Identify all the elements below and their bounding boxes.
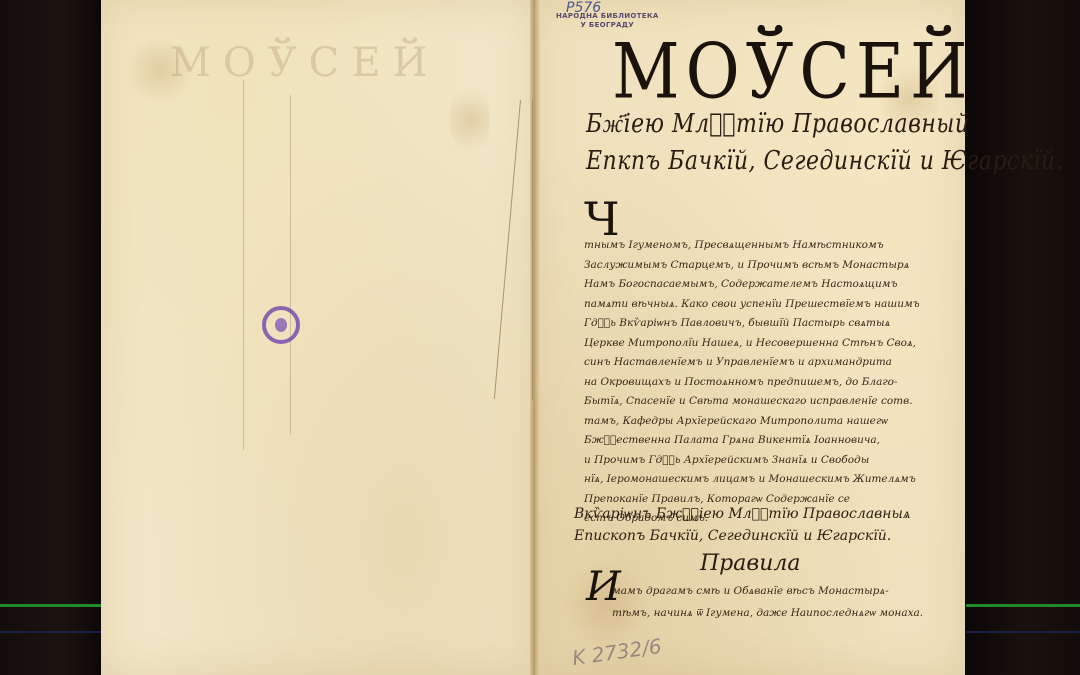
section-heading-line: Епископъ Бачкїй, Сегединскїй и Ѥгарскїй. — [574, 525, 954, 547]
calibration-line-blue — [966, 631, 1080, 633]
body-line: на Окровищахъ и Постоѧнномъ предпишемъ, … — [584, 373, 940, 393]
body-line: и Прочимъ Гдⷭ҇ь Архїерейскимъ Знанїѧ и С… — [584, 451, 940, 471]
section-heading-block: Вкѷаріѡнъ Бжⷭ҇іею Млⷭ҇тїю Православныѧ Е… — [574, 503, 954, 547]
body-line: памѧти вѣчныѧ. Како свои успенїи Прешест… — [584, 295, 940, 315]
faint-ruling-line — [290, 95, 291, 435]
body-line: тамъ, Кафедры Архїерейскаго Митрополита … — [584, 412, 940, 432]
scan-background-right — [964, 0, 1080, 675]
body-line: Бжⷭ҇ественна Палата Грѧна Викентїѧ Іоанн… — [584, 431, 940, 451]
body-line: нїѧ, Іеромонашескимъ лицамъ и Монашеским… — [584, 470, 940, 490]
body-line: Бытїѧ, Спасенїе и Свѣта монашескаго испр… — [584, 392, 940, 412]
body-line: синъ Наставленїемъ и Управленїемъ и архи… — [584, 353, 940, 373]
library-stamp-line: НАРОДНА БИБЛИОТЕКА — [556, 12, 659, 21]
manuscript-subtitle-line: Епкпъ Бачкїй, Сегединскїй и Ѥгарскїй. — [586, 146, 1063, 176]
body-line: тнымъ Ігуменомъ, Пресвѧщеннымъ Намѣстник… — [584, 236, 940, 256]
section-heading-line: Вкѷаріѡнъ Бжⷭ҇іею Млⷭ҇тїю Православныѧ — [574, 503, 954, 525]
body-line: Гдⷭ҇ь Вкѷаріѡнъ Павловичъ, бывшїй Пастыр… — [584, 314, 940, 334]
body-line: тѣмъ, начинѧ ѿ Ігумена, даже Наипоследнѧ… — [612, 602, 952, 624]
page-fold-line — [532, 100, 533, 400]
paper-stain — [450, 80, 490, 160]
faint-ruling-line — [243, 80, 244, 450]
stamp-emblem-icon — [275, 318, 287, 332]
calibration-line-blue — [0, 631, 103, 633]
body-line: мамъ драгамъ смѣ и Обѧванїе вѣсъ Монасты… — [612, 580, 952, 602]
scan-background-left — [0, 0, 102, 675]
manuscript-subtitle-line: Бж҃іею Млⷭ҇тїю Православный — [586, 108, 970, 139]
section-title: Правила — [700, 551, 800, 576]
manuscript-body: тнымъ Ігуменомъ, Пресвѧщеннымъ Намѣстник… — [584, 236, 940, 529]
body-line: Церкве Митрополїи Нашеѧ, и Несовершенна … — [584, 334, 940, 354]
manuscript-title: МОЎСЕЙ — [612, 32, 974, 113]
calibration-line-green — [0, 604, 103, 607]
body-line: Намъ Богоспасаемымъ, Содержателемъ Насто… — [584, 275, 940, 295]
section-body: мамъ драгамъ смѣ и Обѧванїе вѣсъ Монасты… — [612, 580, 952, 624]
paper-stain — [120, 40, 200, 100]
library-stamp-icon — [262, 306, 300, 344]
body-line: Заслужимымъ Старцемъ, и Прочимъ всѣмъ Мо… — [584, 256, 940, 276]
bleed-through-text: МОЎСЕЙ — [170, 40, 470, 86]
calibration-line-green — [966, 604, 1080, 607]
